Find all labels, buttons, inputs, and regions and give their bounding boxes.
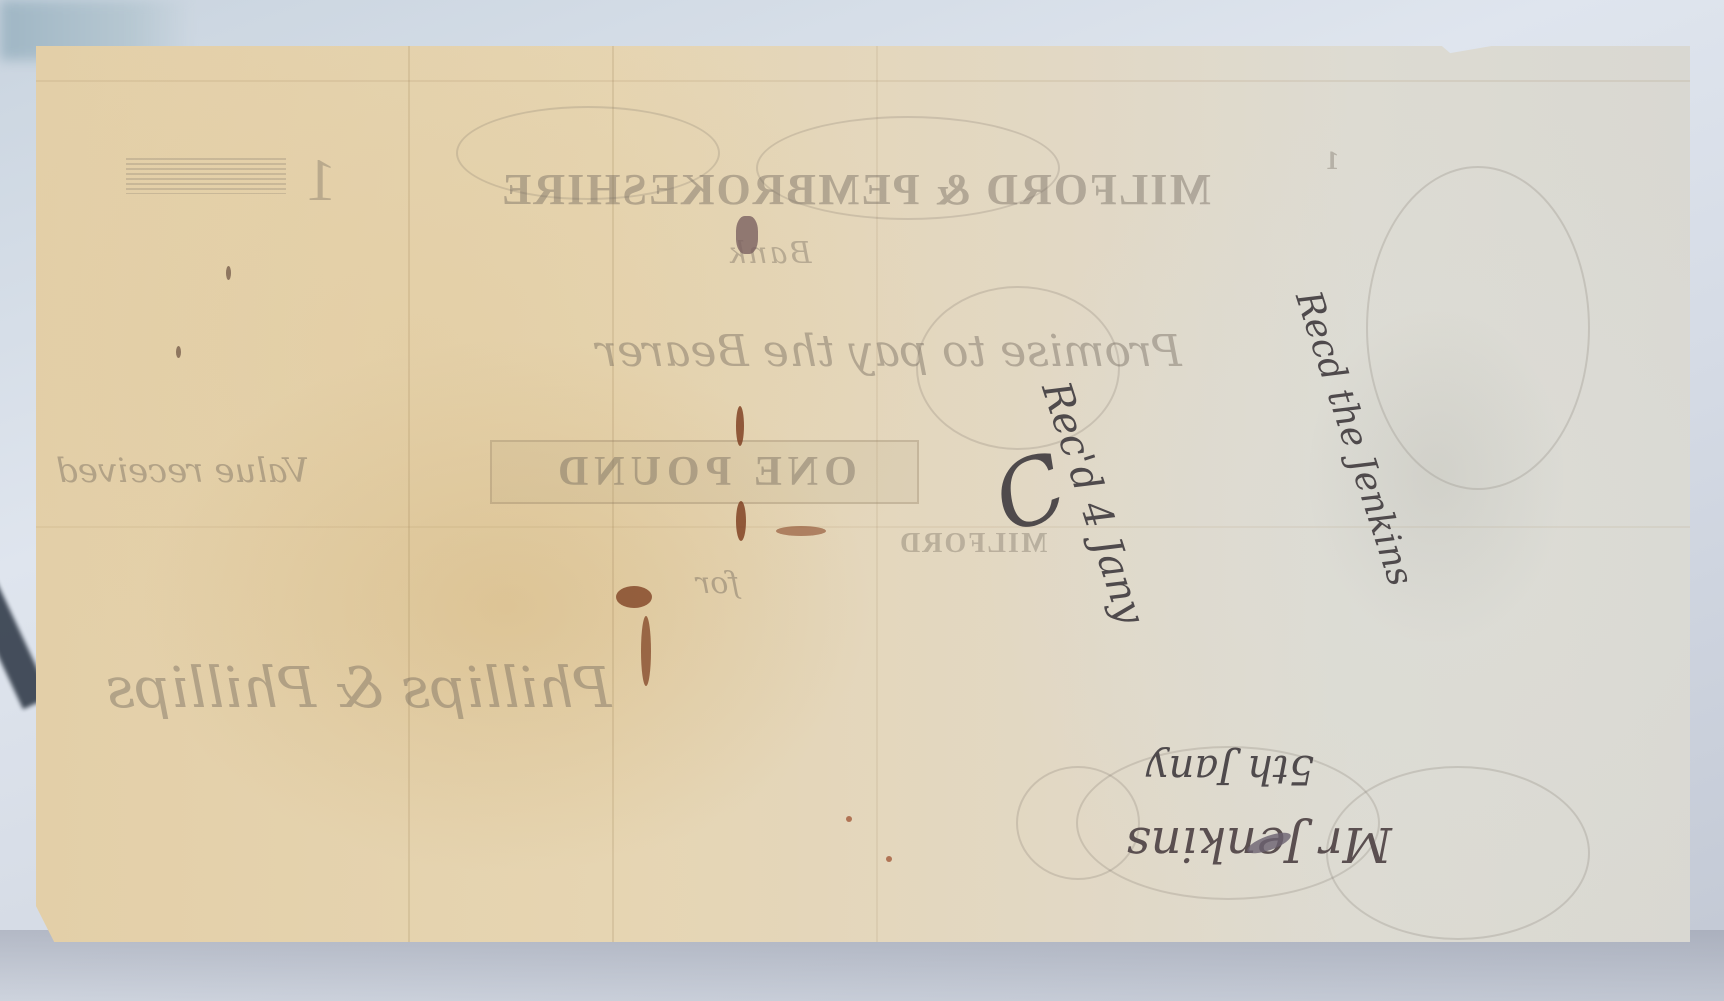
denomination-text: ONE POUND [552,448,857,496]
handwritten-date: 5th Jany [1146,746,1314,792]
rust-stain [776,526,826,536]
bank-name: MILFORD & PEMBROKESHIRE [440,164,1270,215]
rust-spot [846,816,852,822]
rust-spot [886,856,892,862]
fold-line [408,46,410,942]
corner-ornament-left: 1 [86,146,286,206]
script-signature: Phillips & Phillips [106,656,611,721]
rust-spot [226,266,231,280]
script-promise: Promise to pay the Bearer [596,326,1182,377]
script-value: Value received [56,451,309,491]
bank-name-text: MILFORD & PEMBROKESHIRE [500,164,1211,215]
fold-line [36,80,1690,82]
ink-stain [736,216,758,254]
flourish-ornament [1016,766,1140,880]
rust-stain [616,586,652,608]
rust-stain [736,406,744,446]
corner-ornament-right: 1 [1326,146,1339,176]
denomination-box: ONE POUND [490,440,919,504]
banknote: MILFORD & PEMBROKESHIRE Bank 1 1 ONE POU… [36,46,1690,942]
rust-spot [176,346,181,358]
rust-stain [641,616,651,686]
rust-stain [736,501,746,541]
script-for: for [696,566,740,601]
